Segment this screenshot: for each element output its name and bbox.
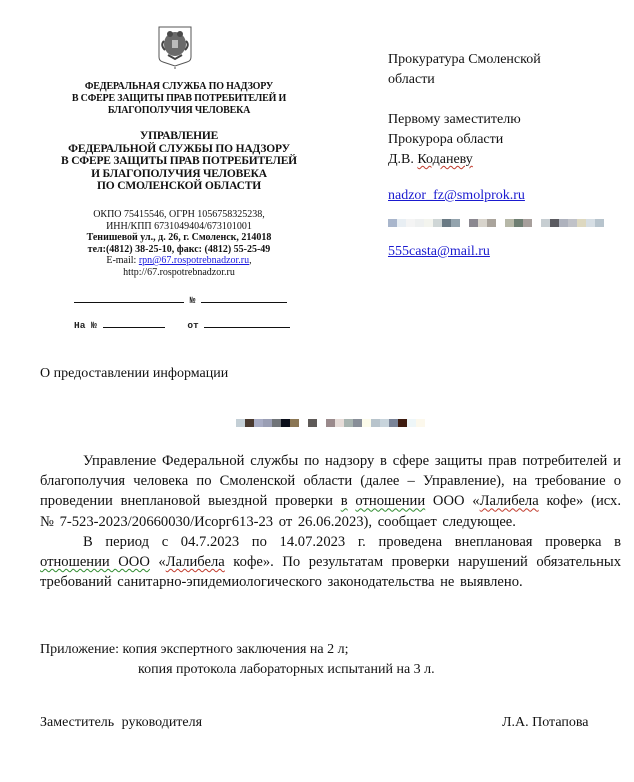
redacted-center [236,416,425,430]
letter-subject: О предоставлении информации [40,366,228,382]
reply-date-blank [204,317,290,328]
outgoing-number-line: № [74,292,287,306]
address-line: Тенишевой ул., д. 26, г. Смоленск, 21401… [44,232,314,244]
reply-label: На № [74,320,97,331]
department-line: ФЕДЕРАЛЬНОЙ СЛУЖБЫ ПО НАДЗОРУ [44,143,314,156]
addressee-position-cont: Прокурора области [388,130,618,150]
letter-body: Управление Федеральной службы по надзору… [40,451,621,592]
redacted-address [388,216,618,230]
email-line: E-mail: rpn@67.rospotrebnadzor.ru, [44,255,314,267]
department-line: ПО СМОЛЕНСКОЙ ОБЛАСТИ [44,180,314,193]
russian-coat-of-arms-icon [156,25,194,69]
body-text-segment: « [150,554,166,570]
recipient-email-link[interactable]: 555casta@mail.ru [388,244,490,259]
addressee-org-cont: области [388,70,618,90]
body-text-segment: В период с 04.7.2023 по 14.07.2023 г. пр… [83,534,621,550]
requisites-block: ОКПО 75415546, ОГРН 1056758325238, ИНН/К… [44,209,314,278]
email-label: E-mail: [106,255,139,266]
addressee-initials: Д.В. [388,152,417,167]
department-name: УПРАВЛЕНИЕ ФЕДЕРАЛЬНОЙ СЛУЖБЫ ПО НАДЗОРУ… [44,130,314,193]
company-name: Лалибела [166,554,225,570]
addressee-org: Прокуратура Смоленской [388,50,618,70]
attachments-label: Приложение: [40,642,123,657]
email-suffix: , [249,255,252,266]
addressee-position: Первому заместителю [388,110,618,130]
body-paragraph-2: В период с 04.7.2023 по 14.07.2023 г. пр… [40,532,621,593]
department-line: В СФЕРЕ ЗАЩИТЫ ПРАВ ПОТРЕБИТЕЛЕЙ [44,155,314,168]
body-text-segment: ООО « [425,493,479,509]
federal-service-line: БЛАГОПОЛУЧИЯ ЧЕЛОВЕКА [44,105,314,117]
federal-service-name: ФЕДЕРАЛЬНАЯ СЛУЖБА ПО НАДЗОРУ В СФЕРЕ ЗА… [44,81,314,117]
number-sign: № [190,295,196,306]
codes-line: ОКПО 75415546, ОГРН 1056758325238, [44,209,314,221]
company-name: Лалибела [480,493,539,509]
attachment-item: копия протокола лабораторных испытаний н… [40,660,435,680]
addressee-name: Д.В. Коданеву [388,150,618,170]
body-text-segment: отношении [355,493,425,509]
attachments-block: Приложение: копия экспертного заключения… [40,640,435,680]
from-label: от [187,320,198,331]
signatory-name: Л.А. Потапова [502,715,588,731]
inn-kpp-line: ИНН/КПП 6731049404/673101001 [44,221,314,233]
signatory-position: Заместитель руководителя [40,715,202,731]
prosecutor-email-link[interactable]: nadzor_fz@smolprok.ru [388,188,525,203]
outgoing-number-blank [201,292,287,303]
sender-email-link[interactable]: rpn@67.rospotrebnadzor.ru [139,255,249,266]
addressee-block: Прокуратура Смоленской области Первому з… [388,50,618,262]
federal-service-line: ФЕДЕРАЛЬНАЯ СЛУЖБА ПО НАДЗОРУ [44,81,314,93]
department-line: И БЛАГОПОЛУЧИЯ ЧЕЛОВЕКА [44,168,314,181]
reply-number-blank [103,317,165,328]
body-paragraph-1: Управление Федеральной службы по надзору… [40,451,621,532]
body-text-segment: в [341,493,348,509]
addressee-surname: Коданеву [417,152,472,167]
attachment-item: копия экспертного заключения на 2 л; [123,642,349,657]
body-text-segment: отношении ООО [40,554,150,570]
phones-line: тел:(4812) 38-25-10, факс: (4812) 55-25-… [44,244,314,256]
website-line: http://67.rospotrebnadzor.ru [44,267,314,279]
outgoing-date-blank [74,292,184,303]
reply-number-line: На № от [74,317,290,331]
federal-service-line: В СФЕРЕ ЗАЩИТЫ ПРАВ ПОТРЕБИТЕЛЕЙ И [44,93,314,105]
department-line: УПРАВЛЕНИЕ [44,130,314,143]
